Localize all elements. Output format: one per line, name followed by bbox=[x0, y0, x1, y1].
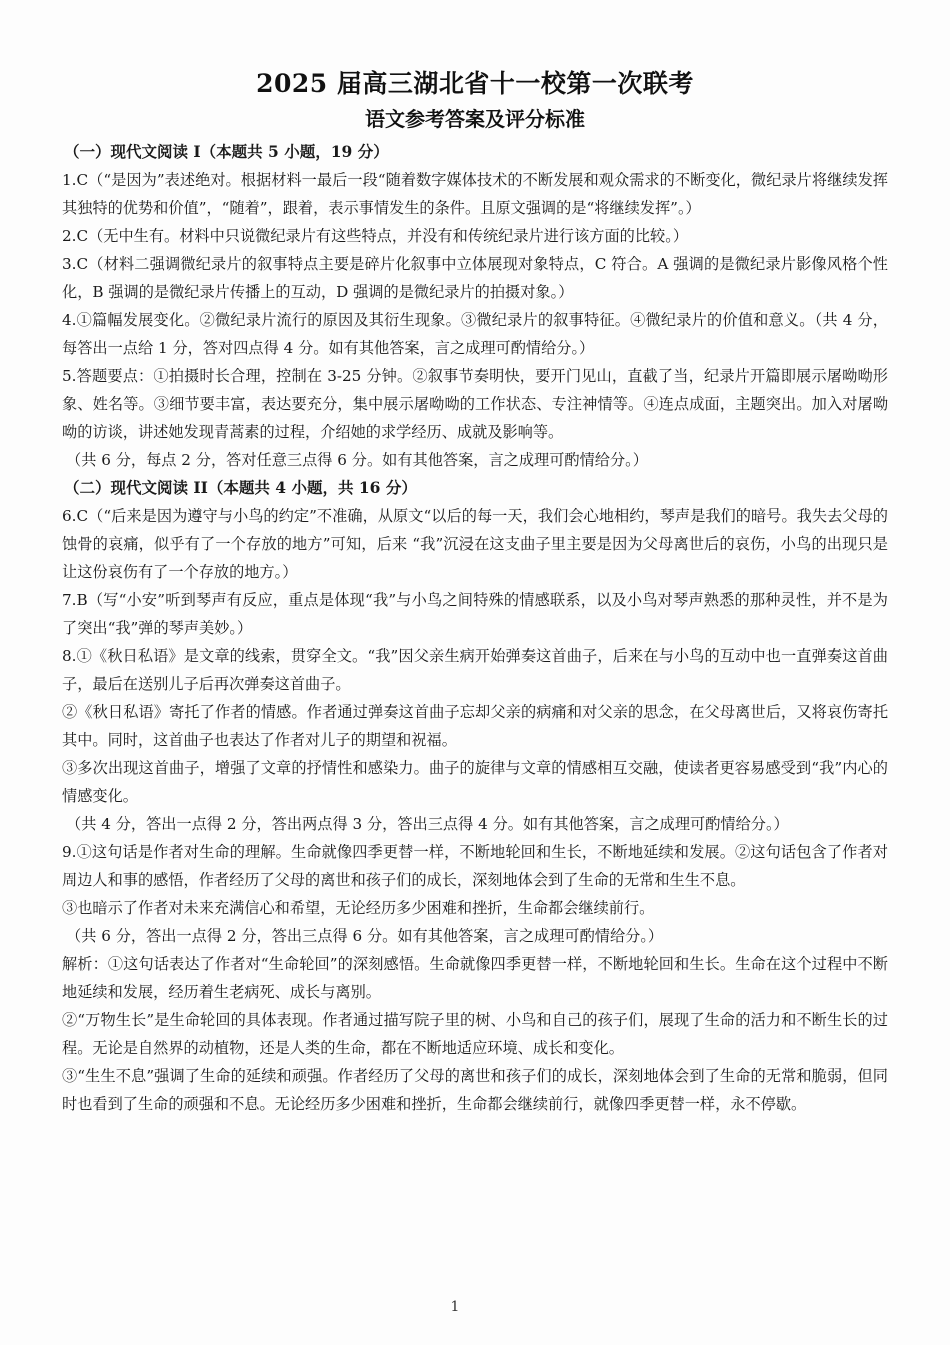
answer-q8-point-1: 8.①《秋日私语》是文章的线索，贯穿全文。“我”因父亲生病开始弹奏这首曲子，后来… bbox=[62, 642, 888, 698]
answer-q9-point-3: ③也暗示了作者对未来充满信心和希望，无论经历多少困难和挫折，生命都会继续前行。 bbox=[62, 894, 888, 922]
document-body: （一）现代文阅读 I（本题共 5 小题，19 分） 1.C（“是因为”表述绝对。… bbox=[62, 138, 888, 1118]
answer-q9-points-1-2: 9.①这句话是作者对生命的理解。生命就像四季更替一样，不断地轮回和生长，不断地延… bbox=[62, 838, 888, 894]
document-title: 2025 届高三湖北省十一校第一次联考 bbox=[0, 64, 950, 100]
answer-q1: 1.C（“是因为”表述绝对。根据材料一最后一段“随着数字媒体技术的不断发展和观众… bbox=[62, 166, 888, 222]
document-subtitle: 语文参考答案及评分标准 bbox=[0, 103, 950, 132]
answer-q7: 7.B（写“小安”听到琴声有反应，重点是体现“我”与小鸟之间特殊的情感联系，以及… bbox=[62, 586, 888, 642]
answer-q4: 4.①篇幅发展变化。②微纪录片流行的原因及其衍生现象。③微纪录片的叙事特征。④微… bbox=[62, 306, 888, 362]
page-number: 1 bbox=[0, 1299, 910, 1315]
section-heading-reading-1: （一）现代文阅读 I（本题共 5 小题，19 分） bbox=[62, 138, 888, 166]
answer-q2: 2.C（无中生有。材料中只说微纪录片有这些特点，并没有和传统纪录片进行该方面的比… bbox=[62, 222, 888, 250]
answer-q5: 5.答题要点：①拍摄时长合理，控制在 3-25 分钟。②叙事节奏明快，要开门见山… bbox=[62, 362, 888, 446]
scoring-note-q5: （共 6 分，每点 2 分，答对任意三点得 6 分。如有其他答案，言之成理可酌情… bbox=[62, 446, 888, 474]
document-page: 2025 届高三湖北省十一校第一次联考 语文参考答案及评分标准 （一）现代文阅读… bbox=[0, 0, 950, 1345]
analysis-q9-point-1: 解析：①这句话表达了作者对“生命轮回”的深刻感悟。生命就像四季更替一样，不断地轮… bbox=[62, 950, 888, 1006]
scoring-note-q8: （共 4 分，答出一点得 2 分，答出两点得 3 分，答出三点得 4 分。如有其… bbox=[62, 810, 888, 838]
answer-q8-point-3: ③多次出现这首曲子，增强了文章的抒情性和感染力。曲子的旋律与文章的情感相互交融，… bbox=[62, 754, 888, 810]
answer-q3: 3.C（材料二强调微纪录片的叙事特点主要是碎片化叙事中立体展现对象特点，C 符合… bbox=[62, 250, 888, 306]
section-heading-reading-2: （二）现代文阅读 II（本题共 4 小题，共 16 分） bbox=[62, 474, 888, 502]
answer-q8-point-2: ②《秋日私语》寄托了作者的情感。作者通过弹奏这首曲子忘却父亲的病痛和对父亲的思念… bbox=[62, 698, 888, 754]
scoring-note-q9: （共 6 分，答出一点得 2 分，答出三点得 6 分。如有其他答案，言之成理可酌… bbox=[62, 922, 888, 950]
answer-q6: 6.C（“后来是因为遵守与小鸟的约定”不准确，从原文“以后的每一天，我们会心地相… bbox=[62, 502, 888, 586]
analysis-q9-point-3: ③“生生不息”强调了生命的延续和顽强。作者经历了父母的离世和孩子们的成长，深刻地… bbox=[62, 1062, 888, 1118]
analysis-q9-point-2: ②“万物生长”是生命轮回的具体表现。作者通过描写院子里的树、小鸟和自己的孩子们，… bbox=[62, 1006, 888, 1062]
